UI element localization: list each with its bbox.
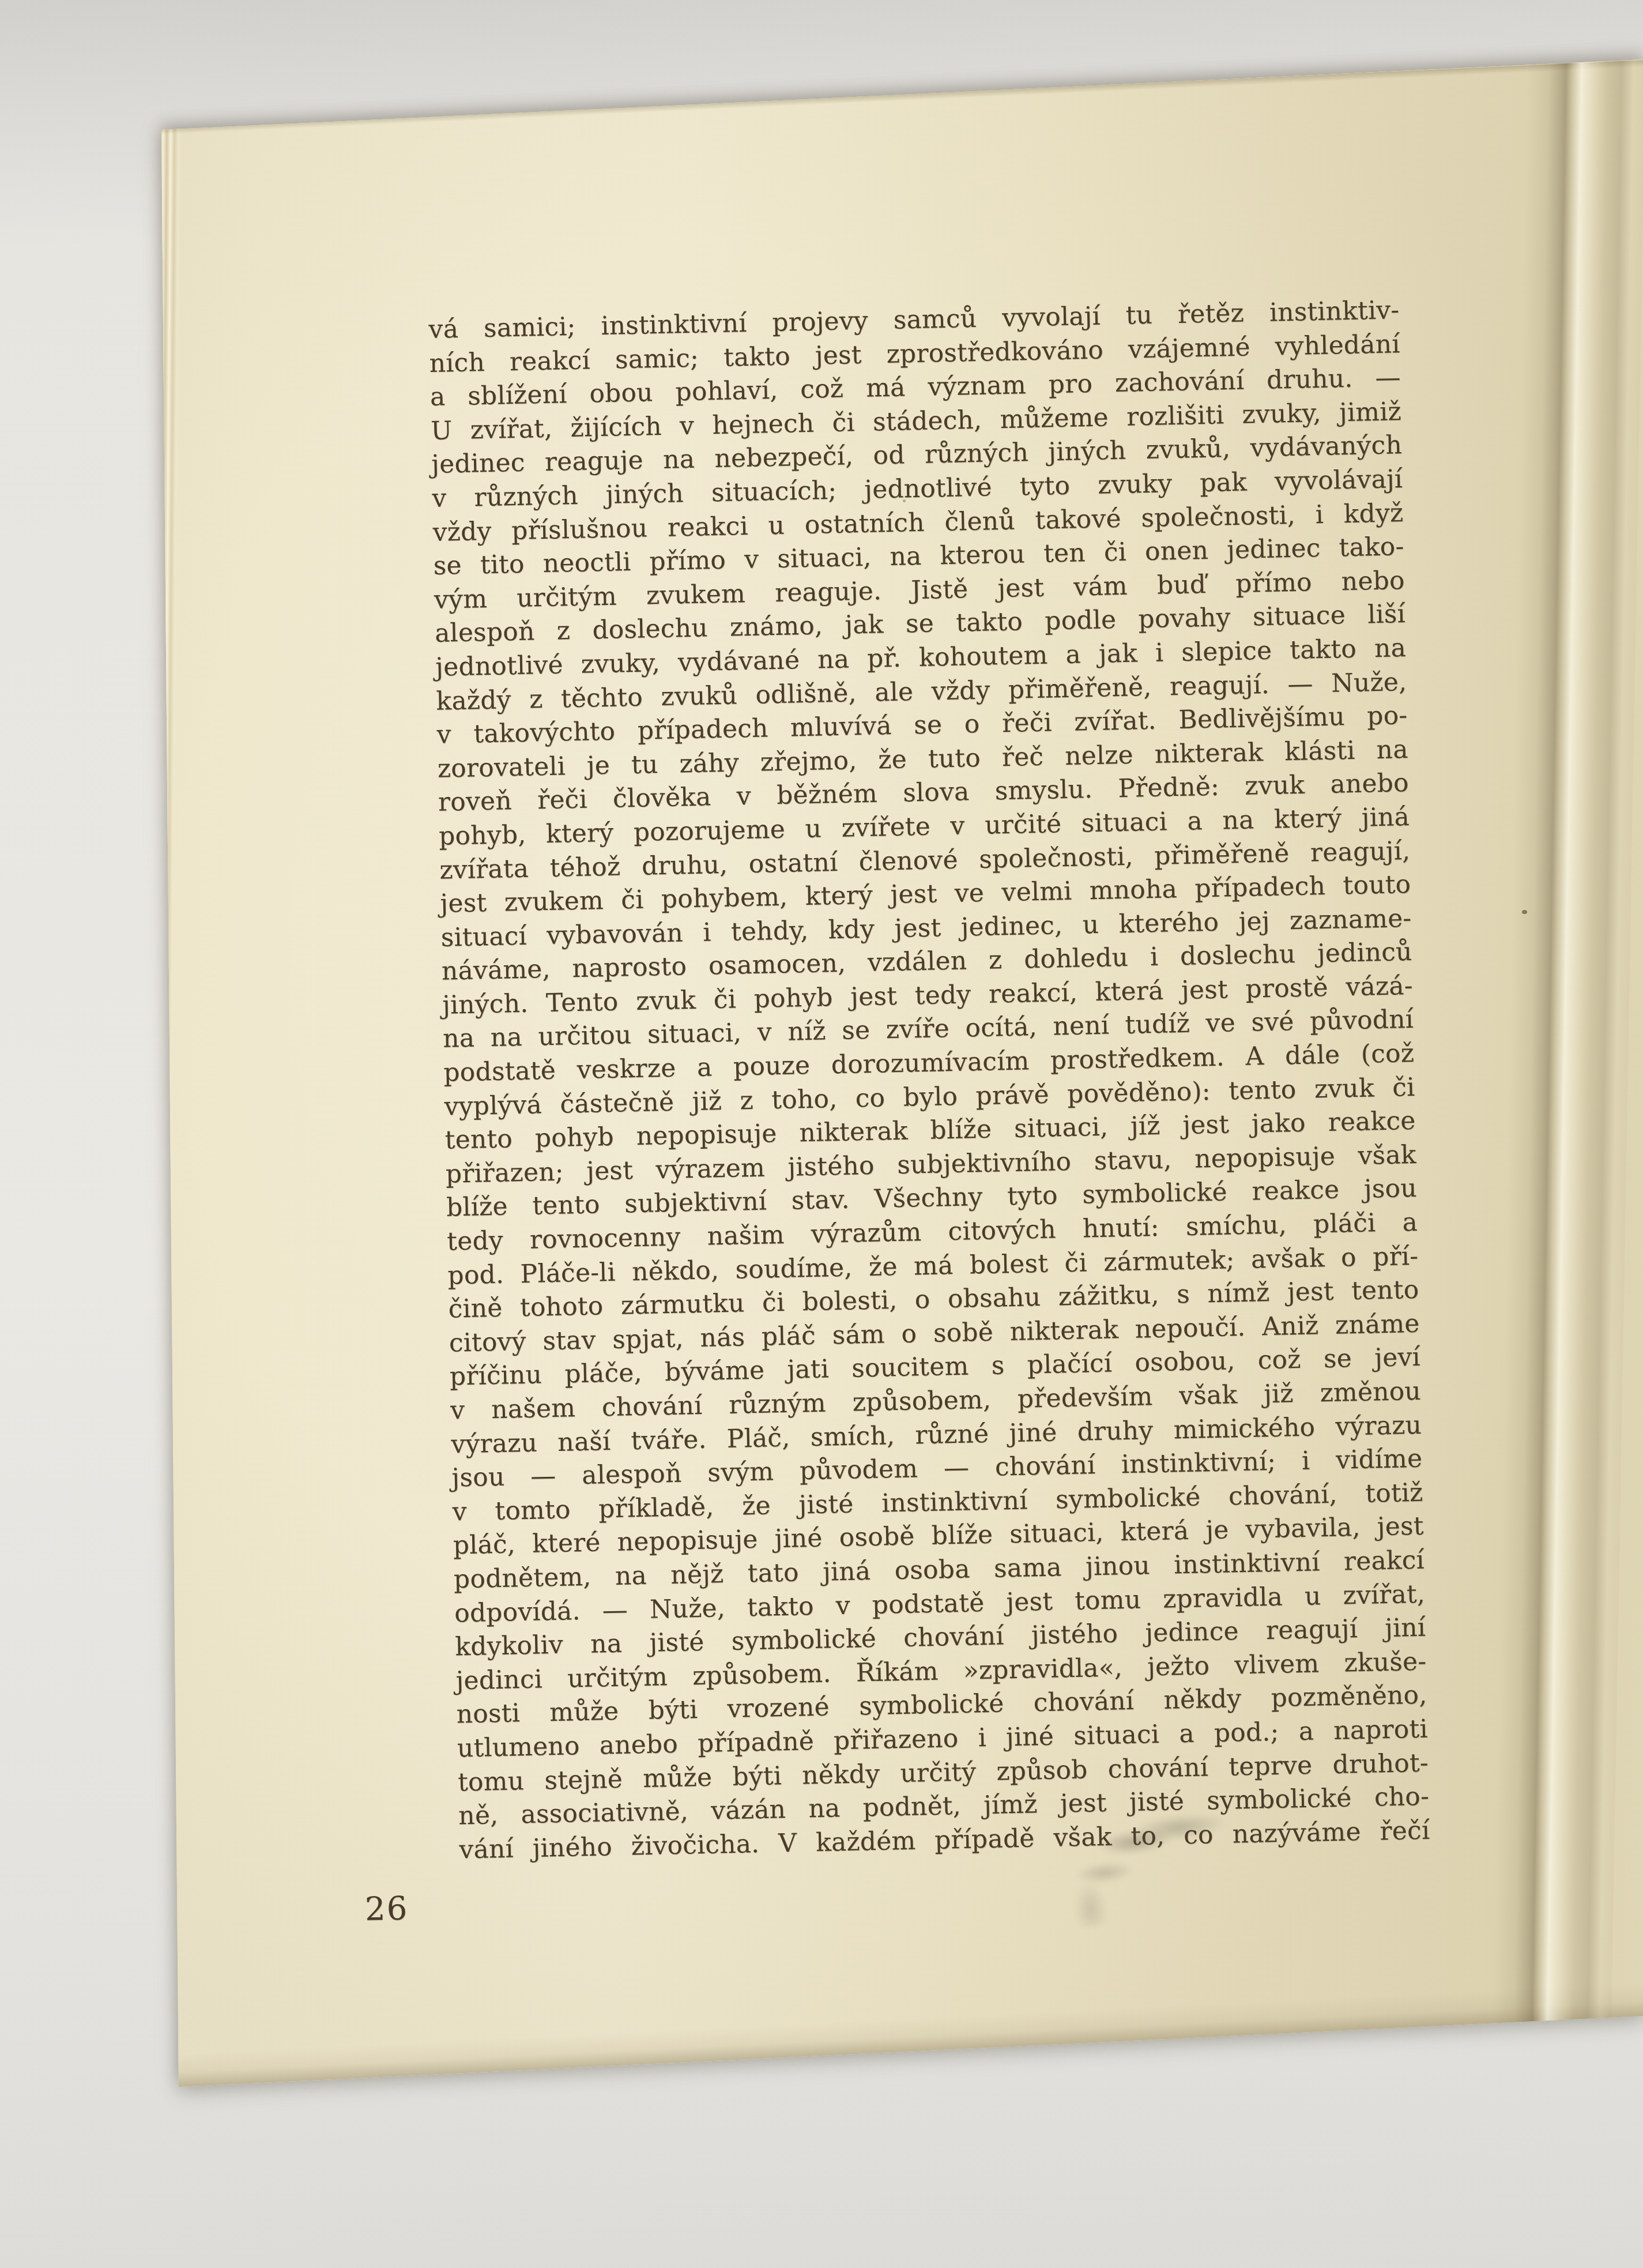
book-page: vá samici; instinktivní projevy samců vy… xyxy=(0,0,1643,2268)
page-text-block: vá samici; instinktivní projevy samců vy… xyxy=(428,294,1430,1867)
paper-speck xyxy=(903,499,906,502)
paper-speck xyxy=(1522,910,1527,914)
book-scan: vá samici; instinktivní projevy samců vy… xyxy=(0,0,1643,2268)
page-number: 26 xyxy=(364,1890,408,1928)
